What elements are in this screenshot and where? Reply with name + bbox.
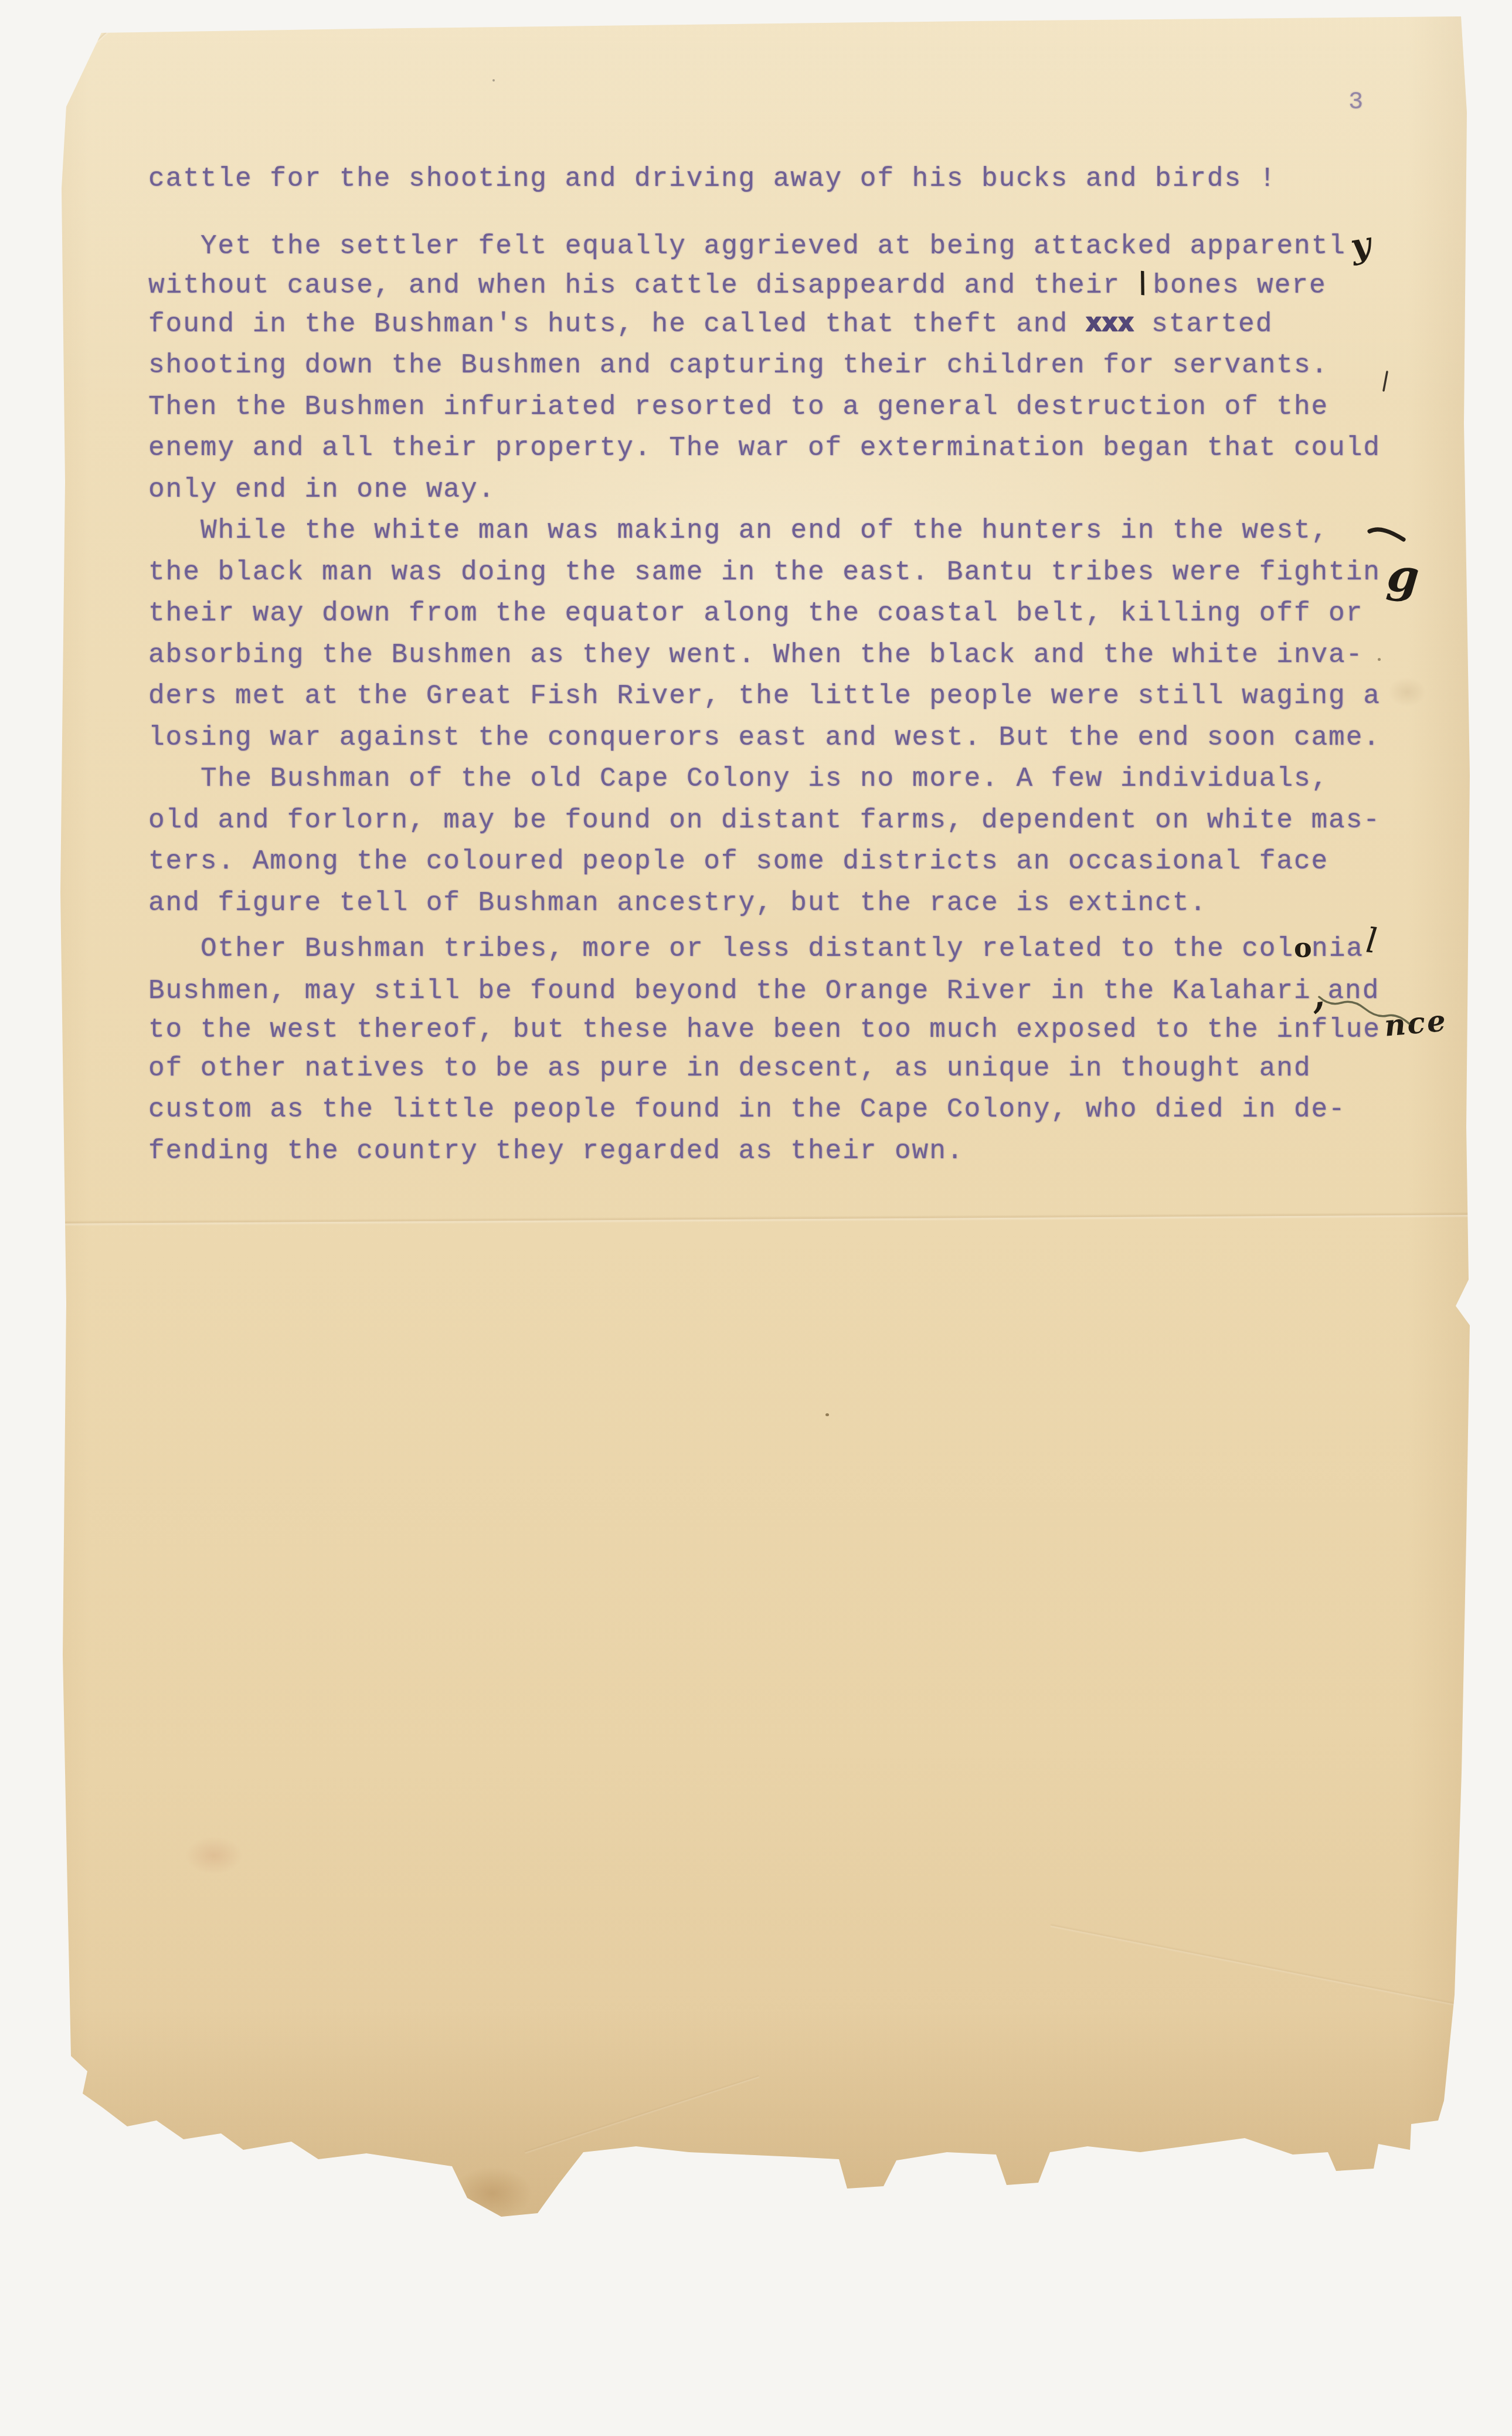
crease-bottom-right [1050, 1923, 1489, 2013]
typescript-line: ters. Among the coloured people of some … [148, 841, 1403, 883]
typescript-line: cattle for the shooting and driving away… [148, 158, 1403, 200]
typed-text: only end in one way. [148, 474, 495, 505]
typescript-line: to the west thereof, but these have been… [148, 1006, 1403, 1048]
typed-text: Then the Bushmen infuriated resorted to … [148, 392, 1328, 422]
handwritten-margin-g: g [1385, 552, 1421, 600]
typescript-line: old and forlorn, may be found on distant… [148, 800, 1403, 842]
typescript-line: ders met at the Great Fish River, the li… [148, 676, 1403, 717]
typescript-line: losing war against the conquerors east a… [148, 717, 1403, 759]
typed-text: and figure tell of Bushman ancestry, but… [148, 888, 1207, 918]
paper-speck [825, 1413, 829, 1416]
handwritten-correction: o [1294, 927, 1311, 969]
fold-crease-middle [32, 1212, 1480, 1226]
handwritten-correction: nce [1382, 1000, 1449, 1047]
typed-text: ters. Among the coloured people of some … [148, 846, 1328, 877]
typescript-line: Bushmen, may still be found beyond the O… [148, 965, 1403, 1007]
typescript-line: without cause, and when his cattle disap… [148, 262, 1403, 304]
fold-crease-top-left-corner [30, 8, 134, 101]
scanned-document: 3 cattle for the shooting and driving aw… [0, 0, 1512, 2436]
typed-text: Other Bushman tribes, more or less dista… [201, 934, 1294, 964]
crease-bottom-middle [524, 2074, 760, 2154]
typed-text: started [1134, 309, 1273, 340]
typescript-line: only end in one way. [148, 469, 1403, 511]
typescript-line: enemy and all their property. The war of… [148, 428, 1403, 469]
typed-text: old and forlorn, may be found on distant… [148, 805, 1381, 836]
typescript-line: Other Bushman tribes, more or less dista… [148, 924, 1403, 965]
typescript-line: fending the country they regarded as the… [148, 1131, 1403, 1172]
typed-text: of other natives to be as pure in descen… [148, 1053, 1311, 1084]
typescript-line: shooting down the Bushmen and capturing … [148, 345, 1403, 386]
handwritten-correction: l [1364, 920, 1379, 962]
typed-text: losing war against the conquerors east a… [148, 722, 1381, 753]
typescript-line: Yet the settler felt equally aggrieved a… [148, 221, 1403, 263]
typed-text: nia [1311, 934, 1364, 964]
typed-text: While the white man was making an end of… [201, 515, 1328, 546]
typed-text: to the west thereof, but these have been… [148, 1015, 1381, 1045]
typescript-line: custom as the little people found in the… [148, 1089, 1403, 1131]
typed-text: and [1328, 976, 1380, 1006]
typescript-line: and figure tell of Bushman ancestry, but… [148, 883, 1403, 924]
typed-text: ders met at the Great Fish River, the li… [148, 681, 1381, 711]
typed-text: Bushmen, may still be found beyond the O… [148, 976, 1311, 1006]
typed-text: custom as the little people found in the… [148, 1094, 1346, 1125]
typescript-line: Then the Bushmen infuriated resorted to … [148, 386, 1403, 428]
typed-text: without cause, and when his cattle disap… [148, 270, 1137, 301]
struck-out-text: xxx [1086, 309, 1134, 340]
typescript-line: of other natives to be as pure in descen… [148, 1048, 1403, 1090]
typed-text: enemy and all their property. The war of… [148, 433, 1381, 463]
typed-text: absorbing the Bushmen as they went. When… [148, 640, 1363, 670]
typed-text: shooting down the Bushmen and capturing … [148, 350, 1328, 381]
typed-text: Yet the settler felt equally aggrieved a… [201, 231, 1346, 262]
page-number: 3 [1348, 88, 1363, 116]
typescript-line: the black man was doing the same in the … [148, 552, 1403, 593]
typed-text: cattle for the shooting and driving away… [148, 164, 1276, 194]
typescript-line: their way down from the equator along th… [148, 593, 1403, 635]
typed-text: the black man was doing the same in the … [148, 557, 1381, 588]
typed-text: fending the country they regarded as the… [148, 1136, 964, 1166]
typed-text: The Bushman of the old Cape Colony is no… [201, 764, 1328, 794]
typed-text: bones were [1153, 270, 1326, 301]
typed-text: found in the Bushman's huts, he called t… [148, 309, 1086, 340]
typescript-line: While the white man was making an end of… [148, 510, 1403, 552]
typescript-line: found in the Bushman's huts, he called t… [148, 304, 1403, 345]
typed-text: their way down from the equator along th… [148, 598, 1363, 629]
handwritten-correction: y [1347, 223, 1374, 267]
paper-speck [492, 79, 495, 82]
typescript-line: absorbing the Bushmen as they went. When… [148, 635, 1403, 676]
typescript-line: The Bushman of the old Cape Colony is no… [148, 758, 1403, 800]
typescript: cattle for the shooting and driving away… [148, 158, 1403, 1172]
